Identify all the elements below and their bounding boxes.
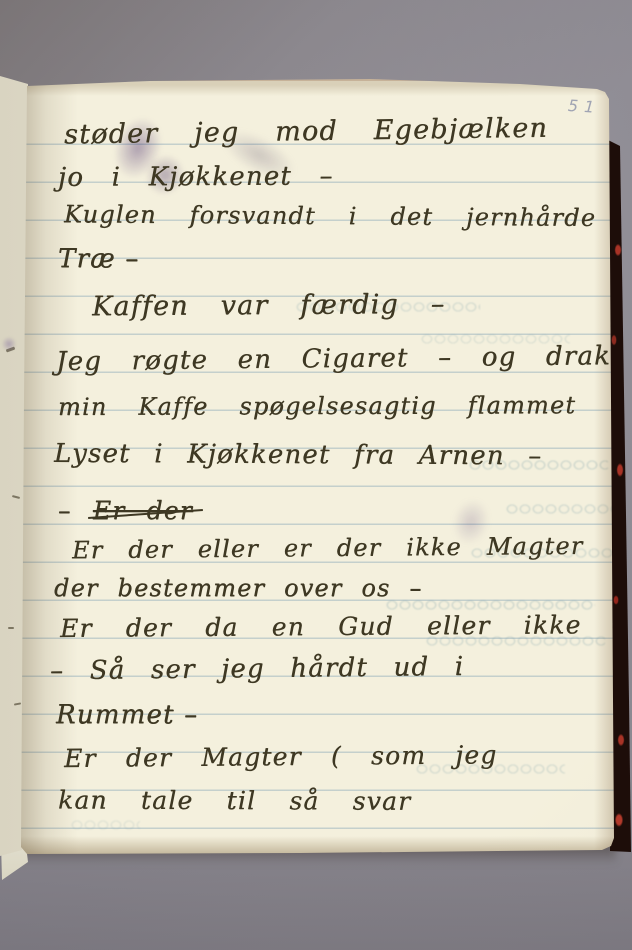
notebook-photograph: 51 støder jeg mod Egebjælken jo i Kjøkke… [0, 0, 632, 950]
handwritten-line: Er der da en Gud eller ikke [60, 610, 582, 643]
handwritten-line: Jeg røgte en Cigaret – og drak [56, 341, 611, 377]
handwritten-line: – Så ser jeg hårdt ud i [50, 652, 465, 686]
margin-ink-speck [14, 702, 21, 705]
handwritten-line: Rummet – [56, 700, 198, 730]
handwritten-line: Er der eller er der ikke Magter [72, 532, 584, 564]
margin-ink-speck [12, 495, 20, 499]
handwritten-line: Er der Magter ( som jeg [64, 740, 498, 773]
handwritten-line: Kaffen var færdig – [92, 289, 446, 322]
handwritten-line: Kuglen forsvandt i det jernhårde [64, 200, 596, 232]
handwritten-line: kan tale til så svar [58, 785, 411, 815]
handwritten-line: min Kaffe spøgelsesagtig flammet [58, 391, 576, 421]
notebook-page: 51 støder jeg mod Egebjælken jo i Kjøkke… [0, 0, 632, 950]
margin-ink-speck [8, 627, 14, 629]
handwritten-line-struck: – Er der [58, 496, 193, 525]
struck-out-words: Er der [93, 496, 193, 525]
handwritten-line: jo i Kjøkkenet – [58, 161, 334, 192]
page-number: 51 [567, 96, 601, 117]
ink-bleedthrough-ghost [70, 818, 140, 831]
handwritten-line: Træ – [58, 244, 139, 274]
margin-ink-smudge [2, 336, 16, 352]
handwritten-line: der bestemmer over os – [54, 574, 423, 602]
handwritten-line: Lyset i Kjøkkenet fra Arnen – [54, 439, 543, 472]
